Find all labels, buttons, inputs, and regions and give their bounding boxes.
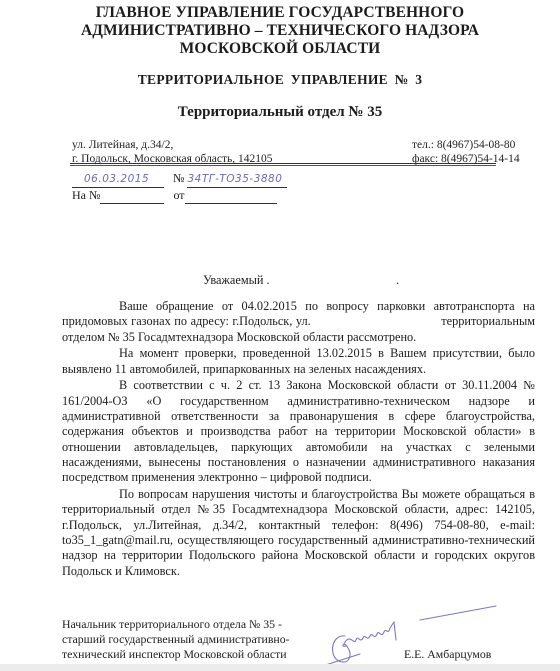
salutation: Уважаемый . [203,273,270,288]
signatory-title-line1: Начальник территориального отдела № 35 - [62,617,290,632]
address-block: ул. Литейная, д.34/2, г. Подольск, Моско… [72,138,273,166]
signatory-name: Е.Е. Амбарцумов [404,647,491,662]
outgoing-row: 06.03.2015 № 34ТГ-ТО35-3880 [72,171,287,188]
signatory-title-line2: старший государственный административно- [62,632,290,647]
division-title: ТЕРРИТОРИАЛЬНОЕ УПРАВЛЕНИЕ № 3 [0,72,560,88]
from-label: от [173,188,184,202]
signatory-title: Начальник территориального отдела № 35 -… [62,617,290,662]
phone: тел.: 8(4967)54-08-80 [412,138,520,152]
in-reply-number [100,188,164,204]
page-bottom-edge [0,664,560,671]
org-name-line1: ГЛАВНОЕ УПРАВЛЕНИЕ ГОСУДАРСТВЕННОГО [0,4,560,22]
letterhead-rule [70,163,496,166]
signatory-title-line3: технический инспектор Московской области [62,647,290,662]
in-reply-date [185,188,277,204]
paragraph-legal-basis: В соответствии с ч. 2 ст. 13 Закона Моск… [62,378,535,485]
contact-block: тел.: 8(4967)54-08-80 факс: 8(4967)54-14… [412,138,520,166]
in-reply-label: На № [72,188,100,202]
letter-body: Ваше обращение от 04.02.2015 по вопросу … [62,299,535,580]
outgoing-date: 06.03.2015 [72,172,164,188]
org-name-line2: АДМИНИСТРАТИВНО – ТЕХНИЧЕСКОГО НАДЗОРА [0,22,560,40]
outgoing-number: 34ТГ-ТО35-3880 [187,172,287,188]
paragraph-contacts: По вопросам нарушения чистоты и благоуст… [62,487,535,579]
salutation-dot: . [396,273,399,288]
paragraph-request: Ваше обращение от 04.02.2015 по вопросу … [62,299,535,345]
reply-row: На № от [72,188,287,204]
org-name-line3: МОСКОВСКОЙ ОБЛАСТИ [0,40,560,58]
number-label: № [173,171,184,185]
paragraph-inspection: На момент проверки, проведенной 13.02.20… [62,346,535,377]
registration-block: 06.03.2015 № 34ТГ-ТО35-3880 На № от [72,171,287,204]
department-title: Территориальный отдел № 35 [0,104,560,121]
address-street: ул. Литейная, д.34/2, [72,138,273,152]
